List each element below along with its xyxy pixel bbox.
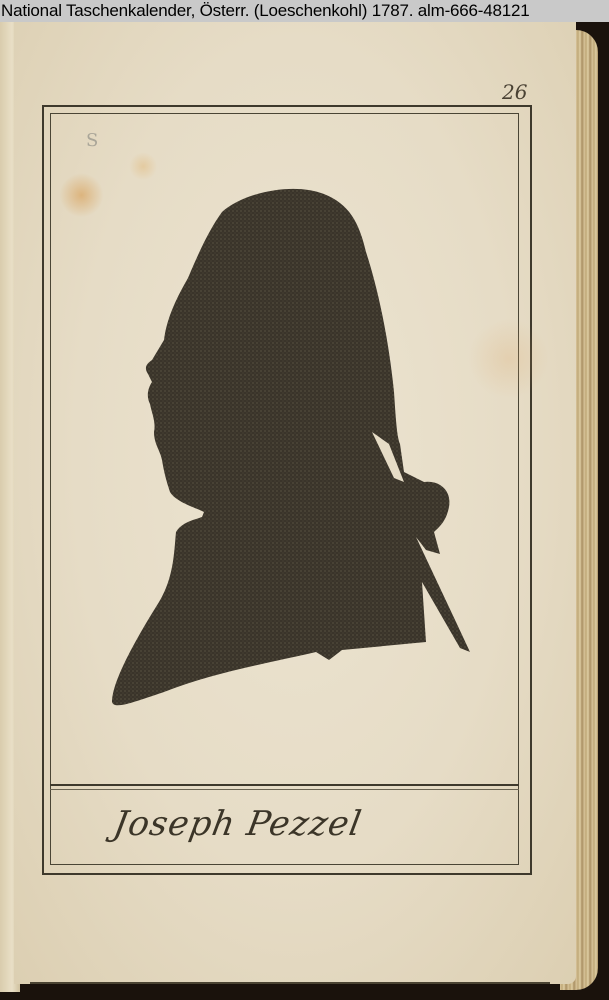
page-bottom-rule	[30, 982, 550, 984]
name-panel-rule-top	[50, 784, 519, 786]
page-number: 26	[502, 80, 527, 104]
book-scan: 26 S Joseph Pezzel	[0, 22, 609, 1000]
image-caption: National Taschenkalender, Österr. (Loesc…	[0, 0, 609, 22]
name-panel-rule-top-thin	[50, 789, 519, 790]
engraved-frame-outer	[42, 105, 532, 875]
engraved-frame-inner	[50, 113, 519, 865]
portrait-name: Joseph Pezzel	[110, 804, 477, 844]
library-stamp: S	[86, 130, 98, 151]
book-page: 26 S Joseph Pezzel	[14, 22, 576, 984]
silhouette-portrait	[104, 182, 484, 722]
